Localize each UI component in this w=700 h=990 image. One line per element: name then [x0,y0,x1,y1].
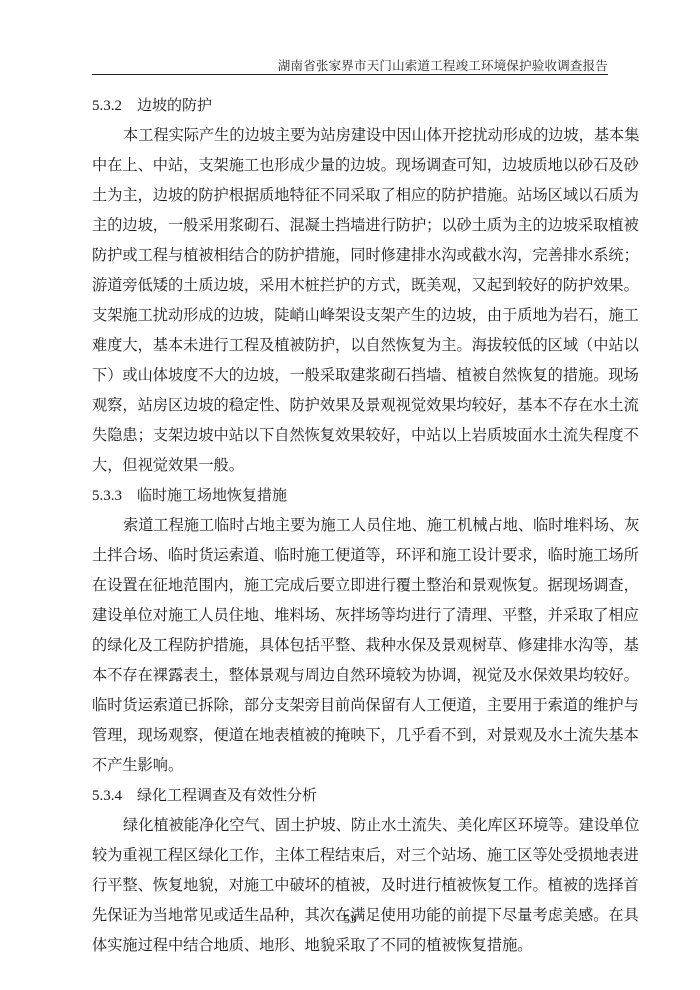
text-line: 较为重视工程区绿化工作，主体工程结束后，对三个站场、施工区等处受损地表进 [92,840,612,870]
text-line: 在设置在征地范围内，施工完成后要立即进行覆土整治和景观恢复。据现场调查， [92,570,612,600]
text-line: 支架施工扰动形成的边坡，陡峭山峰架设支架产生的边坡，由于质地为岩石，施工 [92,300,612,330]
paragraph-greening-analysis: 绿化植被能净化空气、固土护坡、防止水土流失、美化库区环境等。建设单位 较为重视工… [92,810,612,960]
paragraph-temporary-site-restoration: 索道工程施工临时占地主要为施工人员住地、施工机械占地、临时堆料场、灰 土拌合场、… [92,510,612,780]
text-line: 难度大，基本未进行工程及植被防护，以自然恢复为主。海拔较低的区域（中站以 [92,330,612,360]
text-line: 体实施过程中结合地质、地形、地貌采取了不同的植被恢复措施。 [92,930,612,960]
text-line: 观察，站房区边坡的稳定性、防护效果及景观视觉效果均较好，基本不存在水土流 [92,390,612,420]
text-line: 索道工程施工临时占地主要为施工人员住地、施工机械占地、临时堆料场、灰 [92,510,612,540]
text-line: 临时货运索道已拆除，部分支架旁目前尚保留有人工便道，主要用于索道的维护与 [92,690,612,720]
section-title: 边坡的防护 [137,96,212,114]
text-line: 行平整、恢复地貌，对施工中破坏的植被，及时进行植被恢复工作。植被的选择首 [92,870,612,900]
header-divider [92,74,608,75]
text-line: 绿化植被能净化空气、固土护坡、防止水土流失、美化库区环境等。建设单位 [92,810,612,840]
text-line: 游道旁低矮的土质边坡，采用木桩拦护的方式，既美观，又起到较好的防护效果。 [92,270,612,300]
text-line: 的绿化及工程防护措施，具体包括平整、栽种水保及景观树草、修建排水沟等，基 [92,630,612,660]
text-line: 防护或工程与植被相结合的防护措施，同时修建排水沟或截水沟，完善排水系统； [92,240,612,270]
text-line: 土为主，边坡的防护根据质地特征不同采取了相应的防护措施。站场区域以石质为 [92,180,612,210]
text-line: 中在上、中站，支架施工也形成少量的边坡。现场调查可知，边坡质地以砂石及砂 [92,150,612,180]
section-heading-5-3-4: 5.3.4绿化工程调查及有效性分析 [92,780,612,810]
document-body: 5.3.2边坡的防护 本工程实际产生的边坡主要为站房建设中因山体开挖扰动形成的边… [92,90,612,960]
paragraph-slope-protection: 本工程实际产生的边坡主要为站房建设中因山体开挖扰动形成的边坡，基本集 中在上、中… [92,120,612,480]
section-heading-5-3-3: 5.3.3临时施工场地恢复措施 [92,480,612,510]
text-line: 管理，现场观察，便道在地表植被的掩映下，几乎看不到，对景观及水土流失基本 [92,720,612,750]
text-line: 大，但视觉效果一般。 [92,450,612,480]
text-line: 主的边坡，一般采用浆砌石、混凝土挡墙进行防护；以砂土质为主的边坡采取植被 [92,210,612,240]
section-title: 临时施工场地恢复措施 [137,486,287,504]
section-number: 5.3.3 [92,481,137,511]
section-number: 5.3.2 [92,91,137,121]
text-line: 本不存在裸露表土，整体景观与周边自然环境较为协调，视觉及水保效果均较好。 [92,660,612,690]
report-header-title: 湖南省张家界市天门山索道工程竣工环境保护验收调查报告 [278,56,608,74]
text-line: 不产生影响。 [92,750,612,780]
text-line: 土拌合场、临时货运索道、临时施工便道等，环评和施工设计要求，临时施工场所 [92,540,612,570]
section-number: 5.3.4 [92,781,137,811]
section-title: 绿化工程调查及有效性分析 [137,786,317,804]
text-line: 本工程实际产生的边坡主要为站房建设中因山体开挖扰动形成的边坡，基本集 [92,120,612,150]
text-line: 下）或山体坡度不大的边坡，一般采取建浆砌石挡墙、植被自然恢复的措施。现场 [92,360,612,390]
page-number: 53 [0,912,700,927]
text-line: 失隐患；支架边坡中站以下自然恢复效果较好，中站以上岩质坡面水土流失程度不 [92,420,612,450]
section-heading-5-3-2: 5.3.2边坡的防护 [92,90,612,120]
text-line: 建设单位对施工人员住地、堆料场、灰拌场等均进行了清理、平整，并采取了相应 [92,600,612,630]
